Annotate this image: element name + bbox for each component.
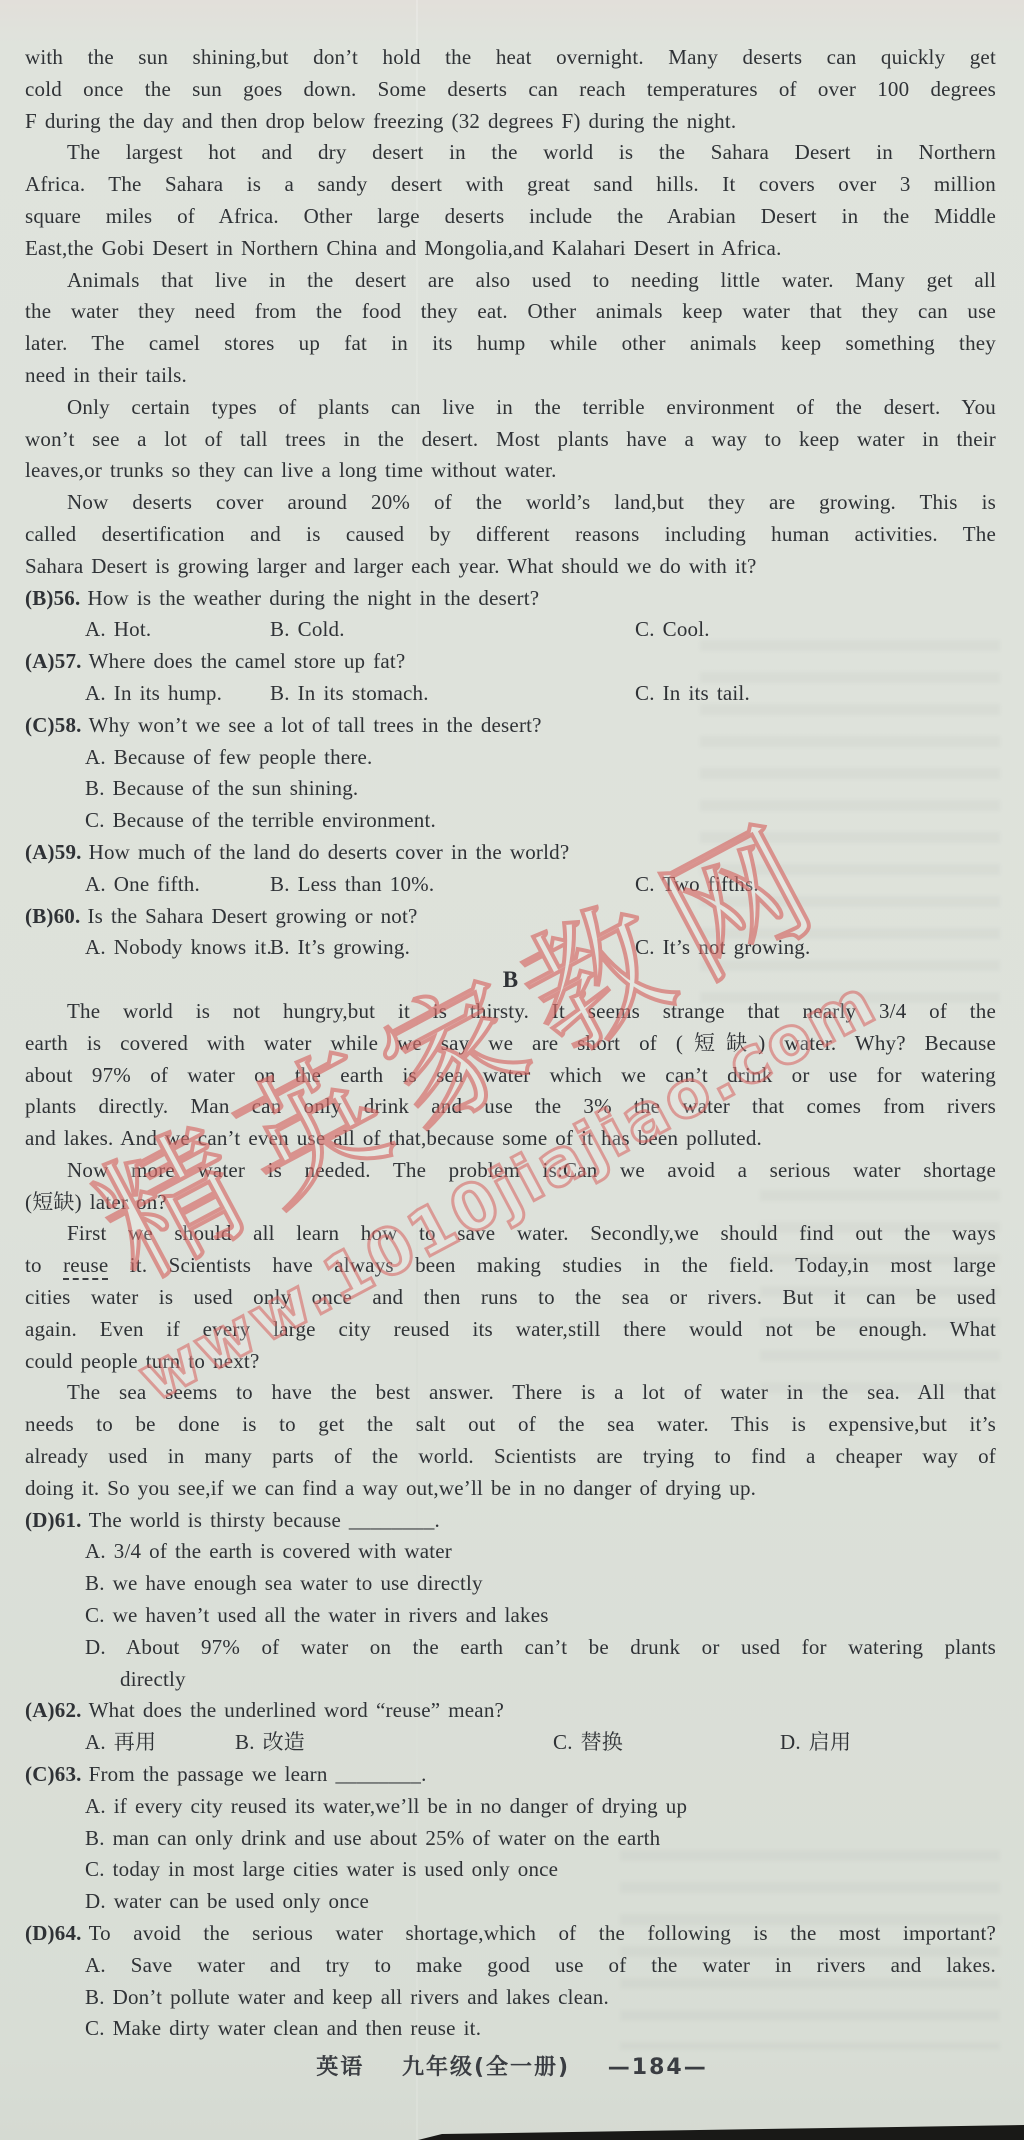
passage-line: (短缺) later on? — [25, 1187, 996, 1219]
passage-line: later. The camel stores up fat in its hu… — [25, 328, 996, 360]
stem-text: From the passage we learn ________. — [89, 1762, 427, 1786]
underlined-word: reuse — [63, 1253, 108, 1280]
option-row: A. 再用B. 改造C. 替换D. 启用 — [25, 1727, 996, 1759]
passage-line: could people turn to next? — [25, 1346, 996, 1378]
passage-line: Only certain types of plants can live in… — [25, 392, 996, 424]
passage-line: leaves,or trunks so they can live a long… — [25, 455, 996, 487]
passage-line: won’t see a lot of tall trees in the des… — [25, 424, 996, 456]
option-row: A. Nobody knows it.B. It’s growing.C. It… — [25, 932, 996, 964]
passage-line: The sea seems to have the best answer. T… — [25, 1377, 996, 1409]
footer-grade: 九年级(全一册) — [402, 2055, 570, 2080]
option-line: B. we have enough sea water to use direc… — [25, 1568, 996, 1600]
passage-line: earth is covered with water while we say… — [25, 1028, 996, 1060]
stem-text: How is the weather during the night in t… — [87, 586, 539, 610]
answer-and-number: (B)60. — [25, 904, 80, 928]
passage-line: doing it. So you see,if we can find a wa… — [25, 1473, 996, 1505]
option-line: D. About 97% of water on the earth can’t… — [25, 1632, 996, 1664]
passage-line: about 97% of water on the earth is sea w… — [25, 1060, 996, 1092]
page-footer: 英语 九年级(全一册) —184— — [0, 2050, 1024, 2081]
scanned-textbook-page: { "section_b": { "heading": "B" }, "wate… — [0, 0, 1024, 2140]
option: B. Cold. — [270, 614, 345, 646]
stem-text: Why won’t we see a lot of tall trees in … — [89, 713, 542, 737]
questions-b: (D)61.The world is thirsty because _____… — [25, 1505, 996, 2046]
question-stem: (D)64.To avoid the serious water shortag… — [25, 1918, 996, 1950]
answer-and-number: (C)58. — [25, 713, 82, 737]
option-row: A. One fifth.B. Less than 10%.C. Two fif… — [25, 869, 996, 901]
photo-dark-edge — [0, 2124, 1024, 2140]
option-line: D. water can be used only once — [25, 1886, 996, 1918]
answer-and-number: (A)57. — [25, 649, 82, 673]
option-line: A. Because of few people there. — [25, 742, 996, 774]
footer-subject: 英语 — [316, 2055, 364, 2080]
option-line: C. we haven’t used all the water in rive… — [25, 1600, 996, 1632]
passage-line: Sahara Desert is growing larger and larg… — [25, 551, 996, 583]
option: A. One fifth. — [85, 869, 200, 901]
stem-text: How much of the land do deserts cover in… — [89, 840, 570, 864]
section-b-heading: B — [25, 964, 996, 996]
passage-line: cold once the sun goes down. Some desert… — [25, 74, 996, 106]
passage-line: needs to be done is to get the salt out … — [25, 1409, 996, 1441]
stem-text: What does the underlined word “reuse” me… — [89, 1698, 504, 1722]
option-line: B. man can only drink and use about 25% … — [25, 1823, 996, 1855]
option: A. Nobody knows it. — [85, 932, 272, 964]
answer-and-number: (D)61. — [25, 1508, 82, 1532]
option: D. 启用 — [780, 1727, 851, 1759]
passage-line: The world is not hungry,but it is thirst… — [25, 996, 996, 1028]
option: C. In its tail. — [635, 678, 750, 710]
passage-a: with the sun shining,but don’t hold the … — [25, 42, 996, 583]
question-stem: (B)60.Is the Sahara Desert growing or no… — [25, 901, 996, 933]
passage-line: F during the day and then drop below fre… — [25, 106, 996, 138]
passage-line: cities water is used only once and then … — [25, 1282, 996, 1314]
option-row: A. In its hump.B. In its stomach.C. In i… — [25, 678, 996, 710]
questions-a: (B)56.How is the weather during the nigh… — [25, 583, 996, 965]
stem-text: Is the Sahara Desert growing or not? — [87, 904, 417, 928]
passage-b: The world is not hungry,but it is thirst… — [25, 996, 996, 1505]
option-line: C. today in most large cities water is u… — [25, 1854, 996, 1886]
stem-text: To avoid the serious water shortage,whic… — [89, 1921, 996, 1945]
passage-line: square miles of Africa. Other large dese… — [25, 201, 996, 233]
answer-and-number: (A)59. — [25, 840, 82, 864]
passage-line: Africa. The Sahara is a sandy desert wit… — [25, 169, 996, 201]
page-content: with the sun shining,but don’t hold the … — [25, 42, 996, 2045]
question-stem: (B)56.How is the weather during the nigh… — [25, 583, 996, 615]
option-row: A. Hot.B. Cold.C. Cool. — [25, 614, 996, 646]
stem-text: Where does the camel store up fat? — [89, 649, 406, 673]
question-stem: (C)58.Why won’t we see a lot of tall tre… — [25, 710, 996, 742]
option: B. 改造 — [235, 1727, 305, 1759]
passage-line: to reuse it. Scientists have always been… — [25, 1250, 996, 1282]
answer-and-number: (D)64. — [25, 1921, 82, 1945]
option-line: B. Don’t pollute water and keep all rive… — [25, 1982, 996, 2014]
option-line: C. Because of the terrible environment. — [25, 805, 996, 837]
question-stem: (A)59.How much of the land do deserts co… — [25, 837, 996, 869]
answer-and-number: (C)63. — [25, 1762, 82, 1786]
passage-line: need in their tails. — [25, 360, 996, 392]
option-line: A. if every city reused its water,we’ll … — [25, 1791, 996, 1823]
option-line: A. Save water and try to make good use o… — [25, 1950, 996, 1982]
passage-line: East,the Gobi Desert in Northern China a… — [25, 233, 996, 265]
stem-text: The world is thirsty because ________. — [89, 1508, 440, 1532]
option: A. In its hump. — [85, 678, 222, 710]
option: B. Less than 10%. — [270, 869, 434, 901]
option: A. Hot. — [85, 614, 151, 646]
option: B. In its stomach. — [270, 678, 429, 710]
question-stem: (A)62.What does the underlined word “reu… — [25, 1695, 996, 1727]
answer-and-number: (A)62. — [25, 1698, 82, 1722]
option: C. 替换 — [553, 1727, 623, 1759]
option-line: C. Make dirty water clean and then reuse… — [25, 2013, 996, 2045]
passage-line: The largest hot and dry desert in the wo… — [25, 137, 996, 169]
passage-line: and lakes. And we can’t even use all of … — [25, 1123, 996, 1155]
option: C. Cool. — [635, 614, 710, 646]
option-line: B. Because of the sun shining. — [25, 773, 996, 805]
passage-line: Now deserts cover around 20% of the worl… — [25, 487, 996, 519]
passage-line: plants directly. Man can only drink and … — [25, 1091, 996, 1123]
passage-line: the water they need from the food they e… — [25, 296, 996, 328]
passage-line: Now more water is needed. The problem is… — [25, 1155, 996, 1187]
passage-line: Animals that live in the desert are also… — [25, 265, 996, 297]
option: B. It’s growing. — [270, 932, 410, 964]
passage-line: called desertification and is caused by … — [25, 519, 996, 551]
question-stem: (D)61.The world is thirsty because _____… — [25, 1505, 996, 1537]
answer-and-number: (B)56. — [25, 586, 80, 610]
footer-page-number: —184— — [608, 2055, 708, 2080]
passage-line: with the sun shining,but don’t hold the … — [25, 42, 996, 74]
option: C. It’s not growing. — [635, 932, 810, 964]
passage-line: already used in many parts of the world.… — [25, 1441, 996, 1473]
passage-line: again. Even if every large city reused i… — [25, 1314, 996, 1346]
option: A. 再用 — [85, 1727, 156, 1759]
option-line: directly — [25, 1664, 996, 1696]
option: C. Two fifths. — [635, 869, 759, 901]
passage-line: First we should all learn how to save wa… — [25, 1218, 996, 1250]
question-stem: (C)63.From the passage we learn ________… — [25, 1759, 996, 1791]
option-line: A. 3/4 of the earth is covered with wate… — [25, 1536, 996, 1568]
question-stem: (A)57.Where does the camel store up fat? — [25, 646, 996, 678]
